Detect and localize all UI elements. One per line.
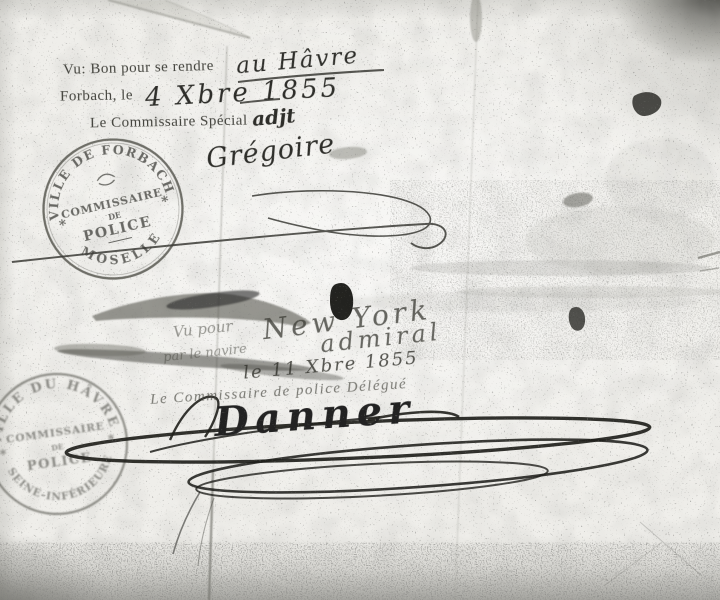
forbach-printed-line3: Le Commissaire Spécial (90, 113, 248, 133)
scanned-document-page: VILLE DE FORBACH MOSELLE COMMISSAIRE DE … (0, 0, 720, 600)
forbach-printed-line2: Forbach, le (60, 87, 133, 105)
bottom-scan-band (0, 548, 720, 600)
forbach-title-suffix-handwriting: adjt (251, 103, 296, 131)
havre-stamp-center-line2: DE (51, 442, 65, 453)
